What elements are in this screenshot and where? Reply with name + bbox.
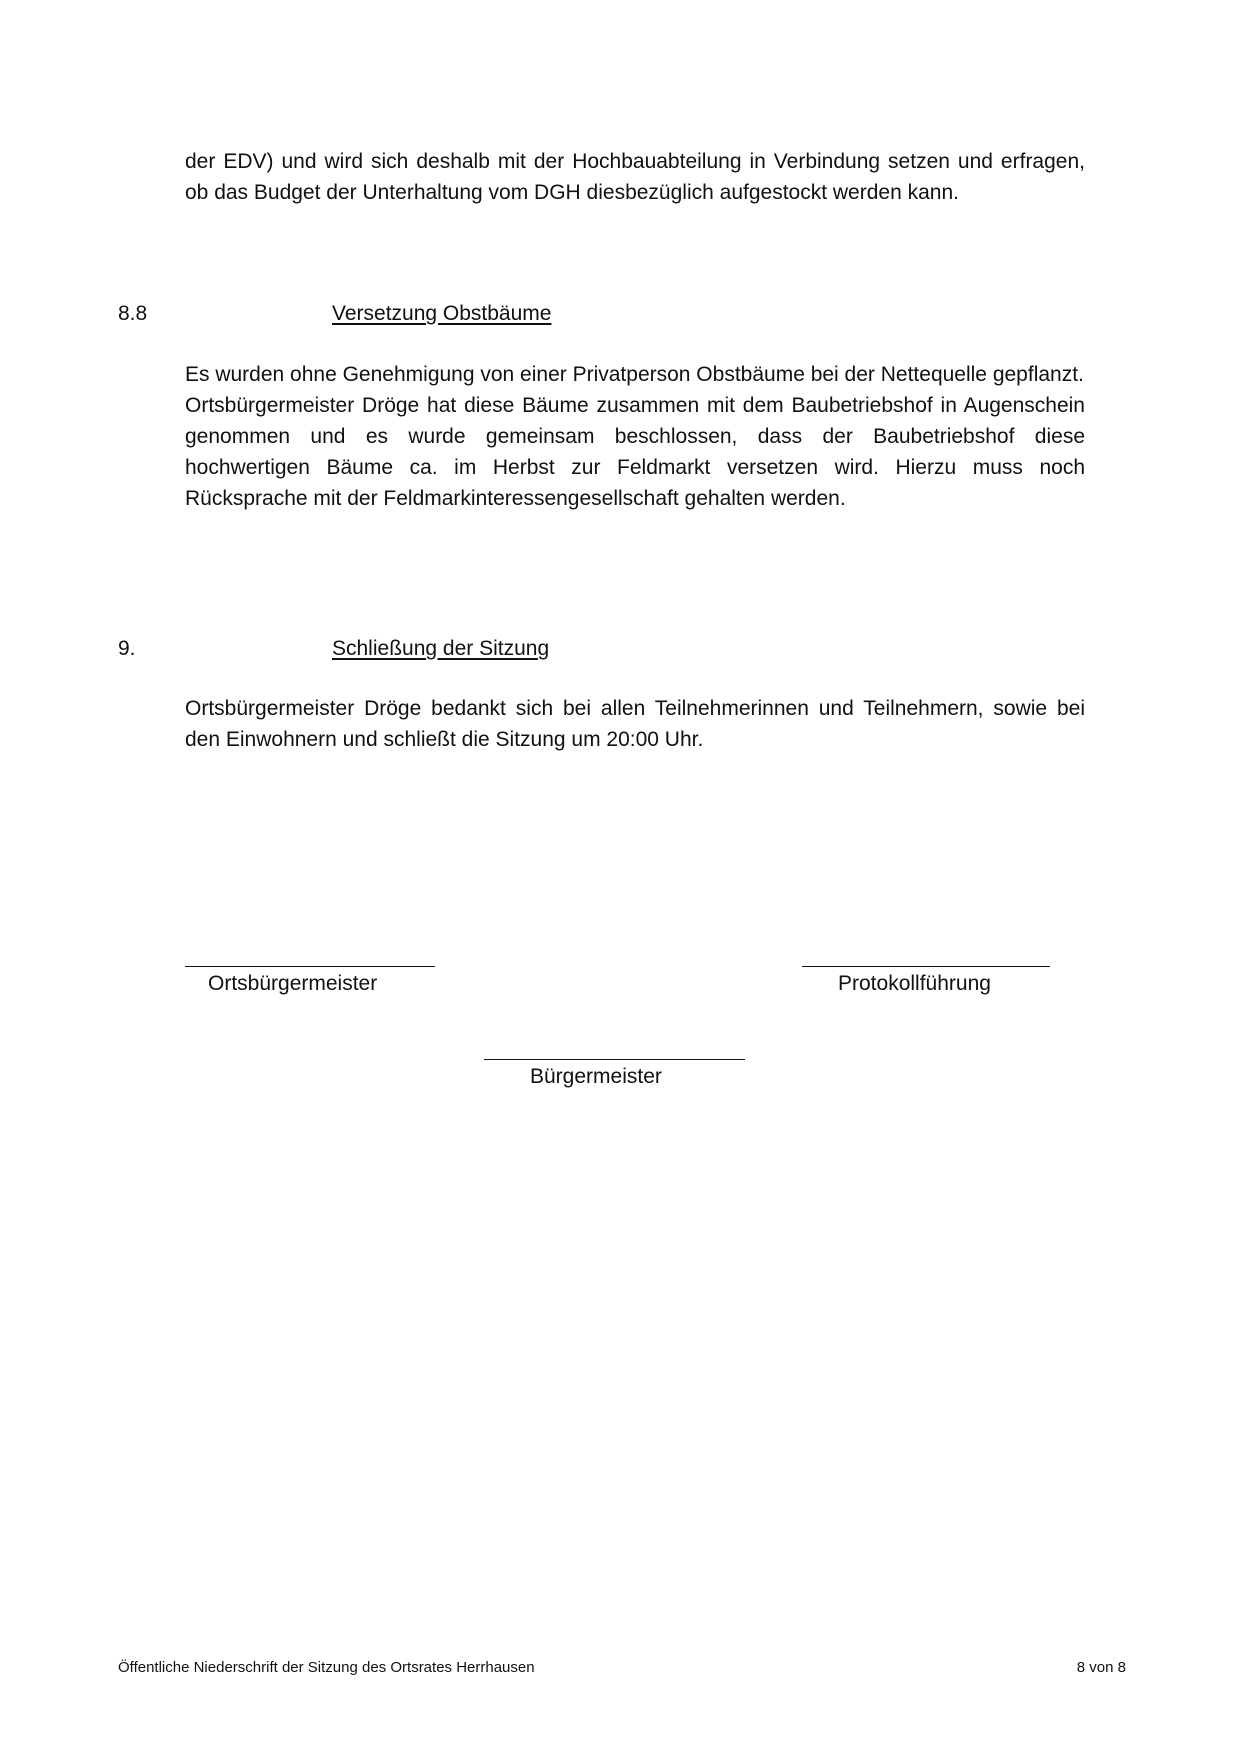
section-number-9: 9. (118, 633, 136, 664)
continuation-paragraph: der EDV) und wird sich deshalb mit der H… (185, 146, 1085, 208)
signature-line-right (802, 966, 1050, 967)
continuation-text: der EDV) und wird sich deshalb mit der H… (185, 146, 1085, 208)
section-title-8-8: Versetzung Obstbäume (332, 298, 551, 329)
section-8-8-body: Es wurden ohne Genehmigung von einer Pri… (185, 359, 1085, 514)
signature-label-center: Bürgermeister (530, 1063, 662, 1091)
signature-line-center (484, 1059, 745, 1060)
footer-page-number: 8 von 8 (1077, 1658, 1126, 1678)
section-number-8-8: 8.8 (118, 298, 147, 329)
section-9-body: Ortsbürgermeister Dröge bedankt sich bei… (185, 693, 1085, 755)
section-8-8-paragraph-2: Ortsbürgermeister Dröge hat diese Bäume … (185, 390, 1085, 514)
section-title-9: Schließung der Sitzung (332, 633, 549, 664)
signature-label-left: Ortsbürgermeister (208, 970, 377, 998)
document-page: der EDV) und wird sich deshalb mit der H… (0, 0, 1240, 1754)
section-8-8-paragraph-1: Es wurden ohne Genehmigung von einer Pri… (185, 359, 1085, 390)
signature-label-right: Protokollführung (838, 970, 991, 998)
signature-line-left (185, 966, 435, 967)
section-9-paragraph-1: Ortsbürgermeister Dröge bedankt sich bei… (185, 693, 1085, 755)
footer-title: Öffentliche Niederschrift der Sitzung de… (118, 1658, 535, 1678)
